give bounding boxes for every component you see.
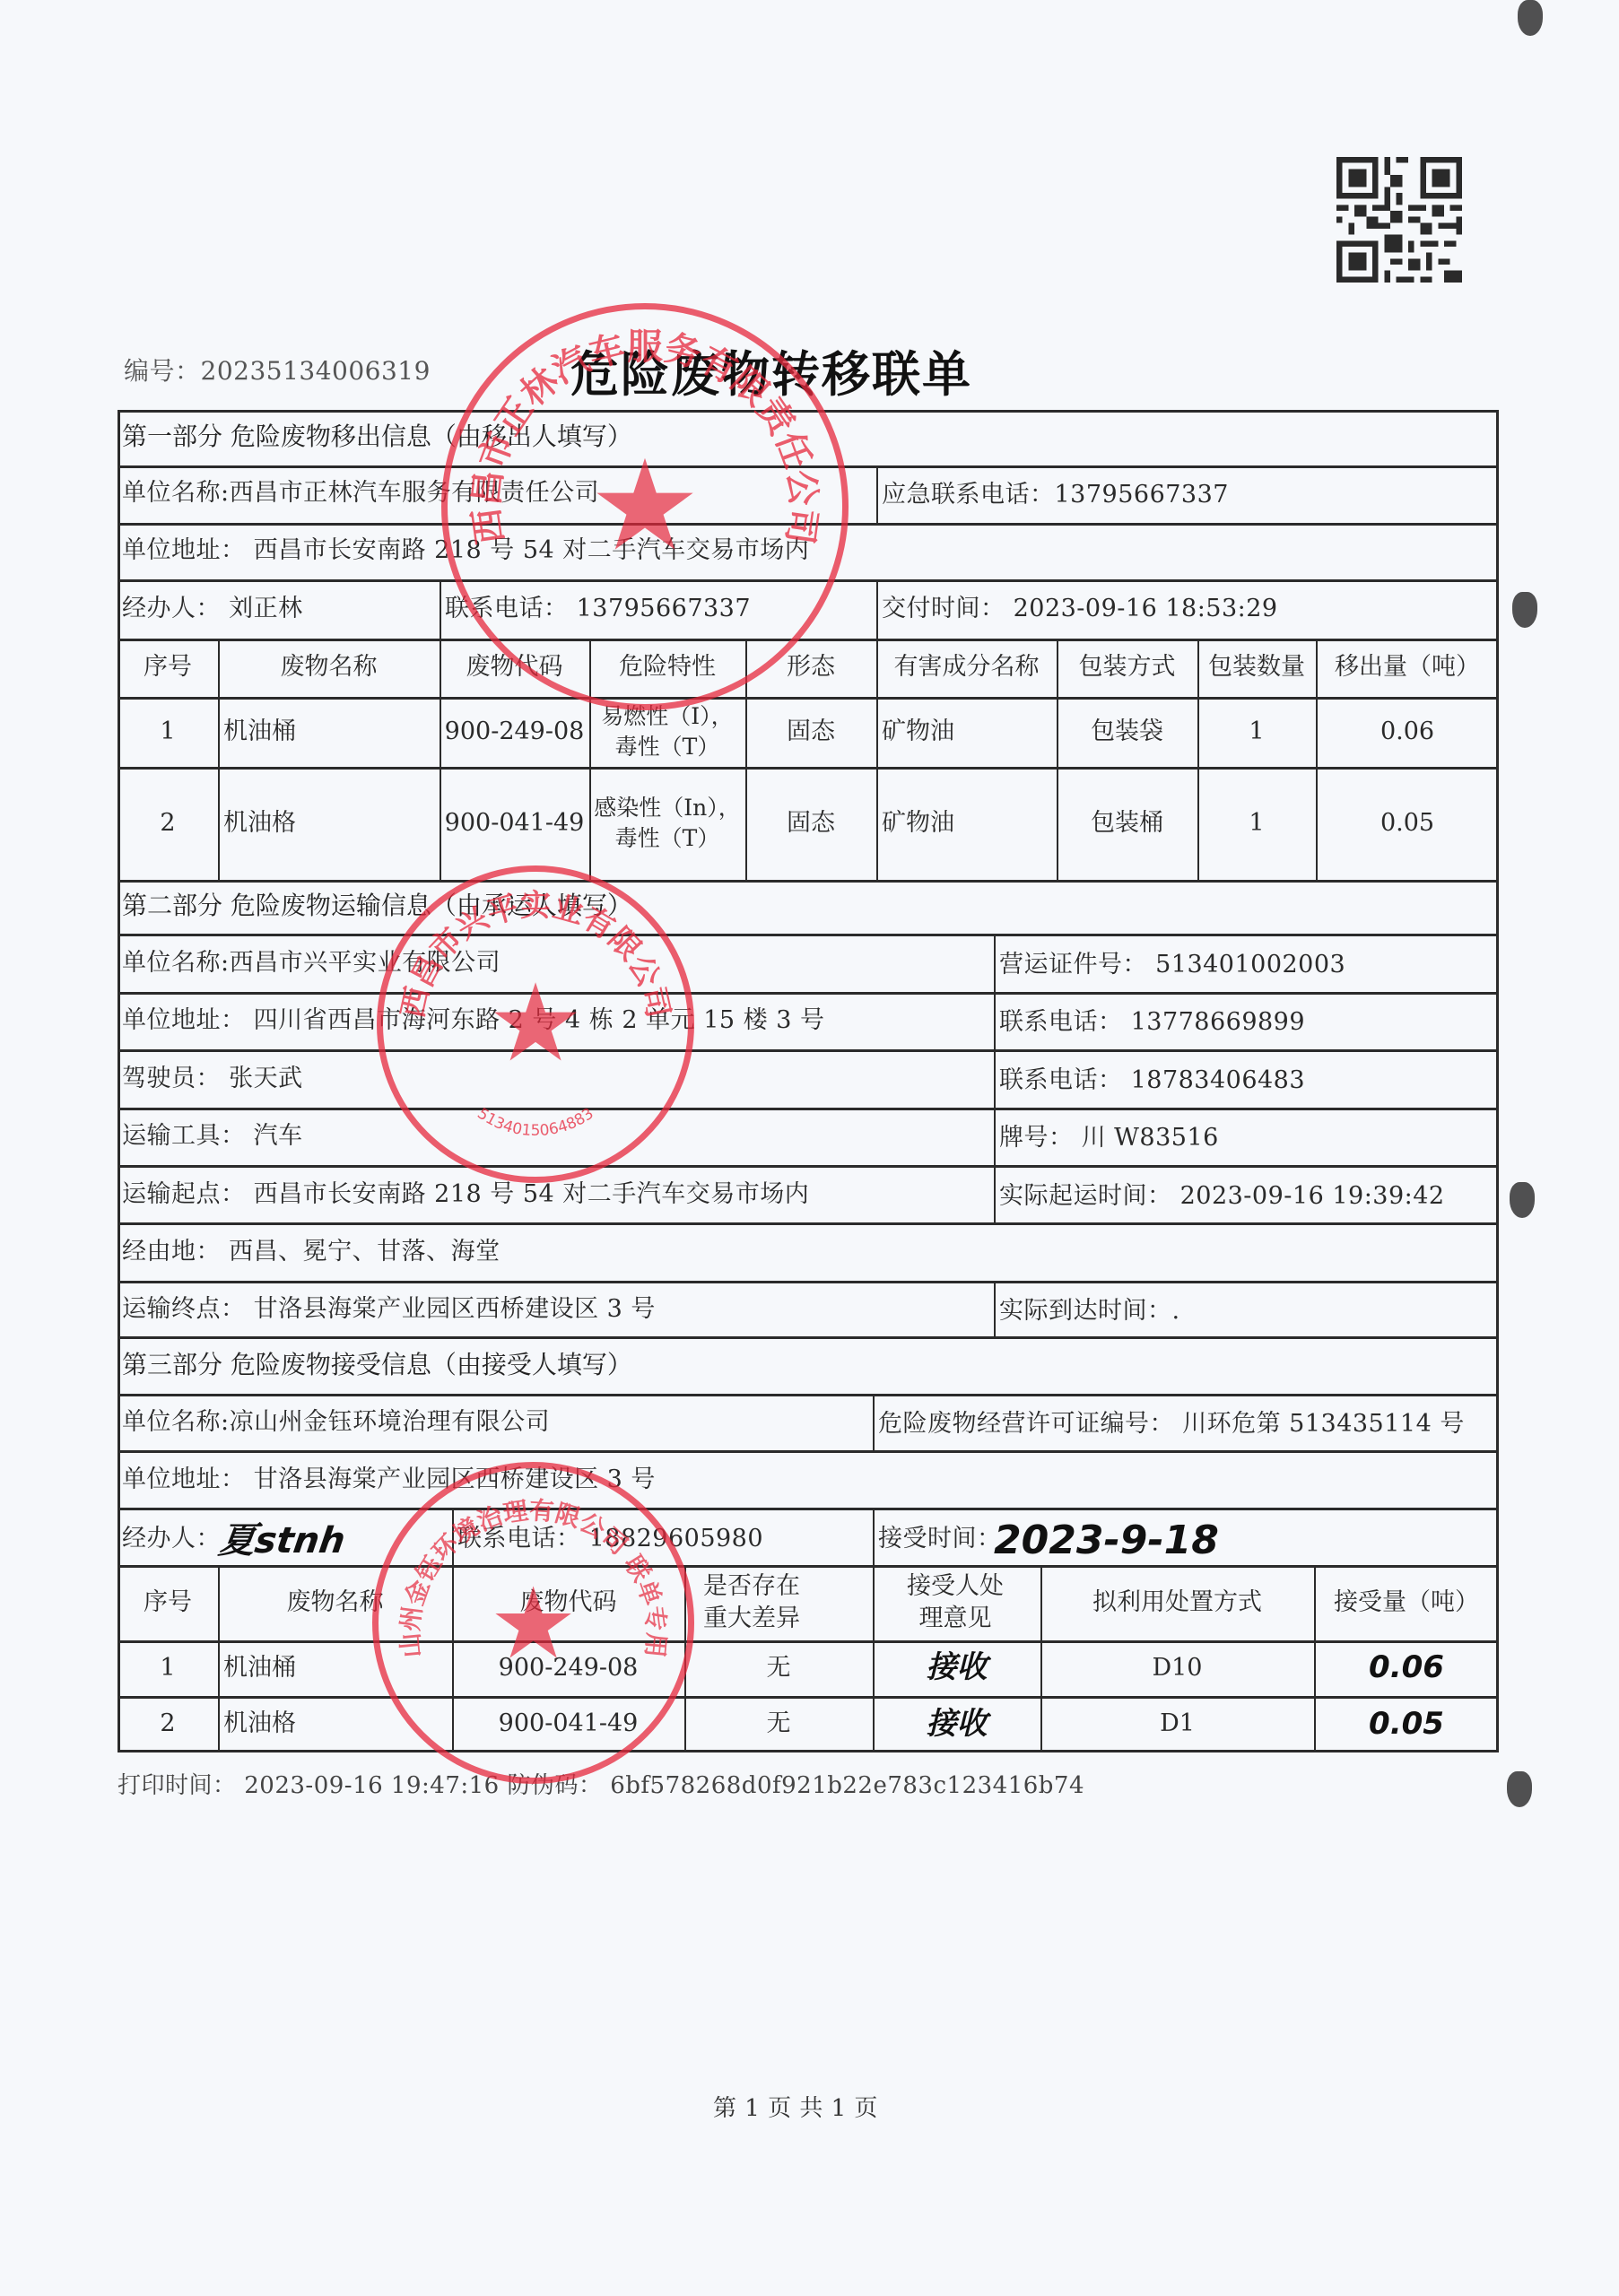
col-header: 是否存在重大差异	[698, 1565, 805, 1640]
col-header: 接受人处理意见	[901, 1565, 1009, 1640]
arrival-time: 实际到达时间：.	[999, 1299, 1180, 1323]
waste-form: 固态	[745, 767, 876, 880]
col-header: 拟利用处置方式	[1040, 1565, 1314, 1640]
receiver-contact-phone: 联系电话： 18829605980	[457, 1526, 763, 1551]
col-header: 序号	[118, 1565, 218, 1640]
disposal-method: D10	[1040, 1640, 1314, 1696]
waste-name: 机油格	[218, 1696, 452, 1752]
driver-name: 驾驶员： 张天武	[122, 1066, 303, 1091]
waste-form: 固态	[745, 697, 876, 767]
packing-method: 包装袋	[1057, 697, 1197, 767]
shipper-emergency-phone: 应急联系电话：13795667337	[882, 483, 1229, 507]
qr-code-icon	[1336, 157, 1462, 283]
packing-quantity: 1	[1197, 697, 1316, 767]
packing-method: 包装桶	[1057, 767, 1197, 880]
major-difference: 无	[684, 1640, 873, 1696]
hazard-property: 感染性（In），毒性（T）	[592, 767, 743, 880]
receiver-unit-address: 单位地址： 甘洛县海棠产业园区西桥建设区 3 号	[122, 1467, 656, 1492]
col-header: 形态	[745, 639, 876, 697]
binding-hole-mark	[1507, 1771, 1532, 1807]
shipper-contact-phone: 联系电话： 13795667337	[445, 596, 751, 621]
receive-time-label: 接受时间：	[878, 1526, 1002, 1551]
receiver-permit-no: 危险废物经营许可证编号： 川环危第 513435114 号	[878, 1412, 1465, 1436]
transport-origin: 运输起点： 西昌市长安南路 218 号 54 对二手汽车交易市场内	[122, 1182, 809, 1206]
carrier-unit-address: 单位地址： 四川省西昌市海河东路 2 号 4 栋 2 单元 15 楼 3 号	[122, 1008, 824, 1032]
receiver-unit-name: 单位名称:凉山州金钰环境治理有限公司	[122, 1410, 550, 1434]
shipper-delivery-time: 交付时间： 2023-09-16 18:53:29	[882, 596, 1278, 621]
receive-time-handwritten: 2023-9-18	[994, 1518, 1219, 1563]
col-header: 危险特性	[589, 639, 745, 697]
transfer-amount: 0.06	[1316, 697, 1499, 767]
shipper-unit-address: 单位地址： 西昌市长安南路 218 号 54 对二手汽车交易市场内	[122, 538, 809, 562]
waste-name: 机油桶	[218, 697, 440, 767]
carrier-unit-name: 单位名称:西昌市兴平实业有限公司	[122, 951, 500, 975]
transit-route: 经由地： 西昌、冕宁、甘落、海堂	[122, 1239, 500, 1264]
col-header: 序号	[118, 639, 218, 697]
part3-heading: 第三部分 危险废物接受信息（由接受人填写）	[122, 1352, 632, 1378]
waste-code: 900-249-08	[440, 697, 589, 767]
print-time-and-security-code: 打印时间： 2023-09-16 19:47:16 防伪码： 6bf578268…	[118, 1774, 1084, 1797]
binding-hole-mark	[1518, 0, 1543, 36]
col-header: 废物名称	[218, 1565, 452, 1640]
col-header: 废物代码	[440, 639, 589, 697]
received-amount: 0.06	[1314, 1640, 1499, 1696]
transport-vehicle: 运输工具： 汽车	[122, 1124, 303, 1148]
hazard-property: 易燃性（I），毒性（T）	[592, 697, 743, 767]
carrier-unit-phone: 联系电话： 13778669899	[999, 1010, 1305, 1034]
serial-value: 20235134006319	[201, 356, 431, 386]
serial-number: 编号：20235134006319	[124, 359, 431, 384]
page-indicator: 第 1 页 共 1 页	[713, 2097, 878, 2120]
driver-phone: 联系电话： 18783406483	[999, 1068, 1305, 1092]
waste-name: 机油桶	[218, 1640, 452, 1696]
col-header: 有害成分名称	[876, 639, 1057, 697]
col-header: 包装数量	[1197, 639, 1316, 697]
col-header: 包装方式	[1057, 639, 1197, 697]
waste-code: 900-041-49	[452, 1696, 684, 1752]
col-header: 接受量（吨）	[1314, 1565, 1499, 1640]
departure-time: 实际起运时间： 2023-09-16 19:39:42	[999, 1184, 1445, 1208]
carrier-license-no: 营运证件号： 513401002003	[999, 952, 1345, 977]
binding-hole-mark	[1510, 1182, 1535, 1218]
shipper-unit-name: 单位名称:西昌市正林汽车服务有限责任公司	[122, 481, 599, 505]
shipper-handler: 经办人： 刘正林	[122, 596, 303, 621]
transport-destination: 运输终点： 甘洛县海棠产业园区西桥建设区 3 号	[122, 1297, 656, 1321]
col-header: 废物代码	[452, 1565, 684, 1640]
document-title: 危险废物转移联单	[570, 336, 972, 405]
hazardous-component: 矿物油	[876, 697, 1057, 767]
waste-name: 机油格	[218, 767, 440, 880]
hazardous-component: 矿物油	[876, 767, 1057, 880]
row-no: 1	[118, 697, 218, 767]
waste-code: 900-041-49	[440, 767, 589, 880]
receiver-opinion: 接收	[873, 1640, 1040, 1696]
part2-heading: 第二部分 危险废物运输信息（由承运人填写）	[122, 893, 632, 918]
col-header: 废物名称	[218, 639, 440, 697]
col-header: 移出量（吨）	[1316, 639, 1499, 697]
receiver-opinion: 接收	[873, 1696, 1040, 1752]
license-plate: 牌号： 川 W83516	[999, 1126, 1219, 1150]
serial-label: 编号：	[124, 356, 201, 386]
packing-quantity: 1	[1197, 767, 1316, 880]
waste-code: 900-249-08	[452, 1640, 684, 1696]
row-no: 2	[118, 1696, 218, 1752]
received-amount: 0.05	[1314, 1696, 1499, 1752]
major-difference: 无	[684, 1696, 873, 1752]
row-no: 1	[118, 1640, 218, 1696]
binding-hole-mark	[1512, 592, 1537, 628]
disposal-method: D1	[1040, 1696, 1314, 1752]
receiver-handler-label: 经办人：	[122, 1526, 221, 1551]
transfer-amount: 0.05	[1316, 767, 1499, 880]
part1-heading: 第一部分 危险废物移出信息（由移出人填写）	[122, 424, 632, 449]
handler-signature: 夏stnh	[216, 1512, 349, 1563]
row-no: 2	[118, 767, 218, 880]
